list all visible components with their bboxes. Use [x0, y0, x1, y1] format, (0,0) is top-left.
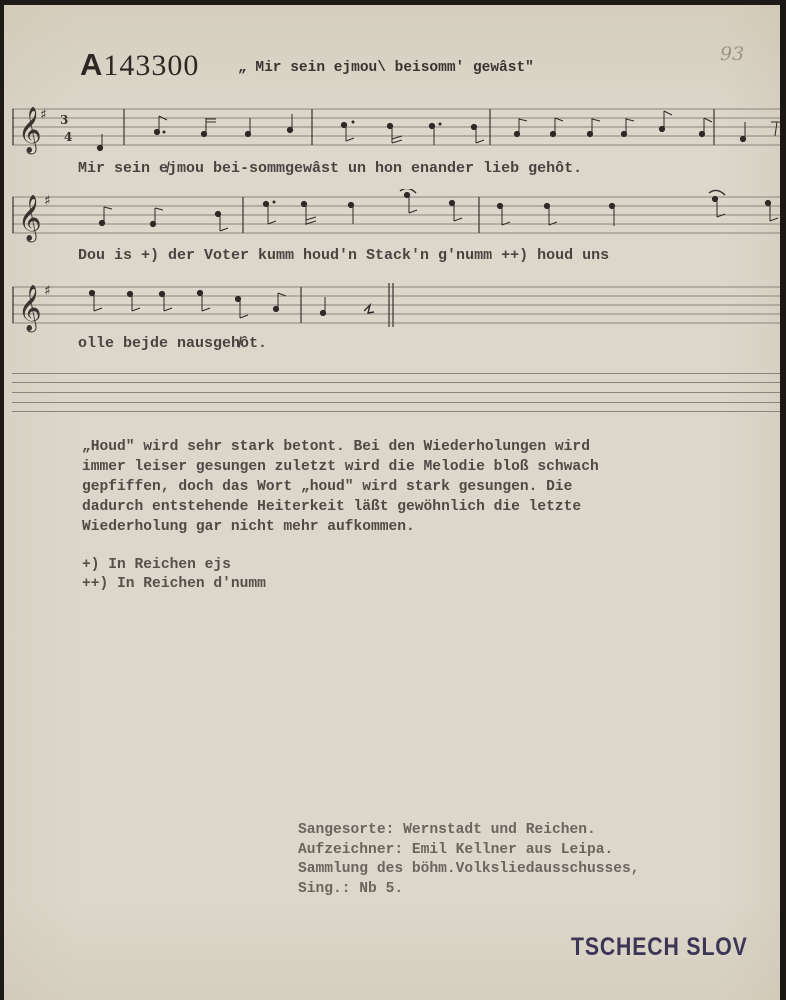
scan-edge — [780, 0, 786, 1000]
treble-clef-icon: 𝄞 — [18, 107, 42, 155]
treble-clef-icon: 𝄞 — [18, 285, 42, 333]
lyric-line-2: Dou is +) der Voter kumm houd'n Stack'n … — [78, 247, 609, 264]
handwritten-page-number: 93 — [720, 43, 744, 65]
catalog-digits: 143300 — [103, 49, 199, 82]
note-line: Wiederholung gar nicht mehr aufkommen. — [82, 517, 782, 537]
music-staff-3: 𝄞 ♯ — [12, 279, 784, 339]
footnote: +) In Reichen ejs — [82, 556, 266, 575]
catalog-letter: A — [80, 47, 103, 82]
music-staff-2: 𝄞 ♯ — [12, 189, 784, 249]
treble-clef-icon: 𝄞 — [18, 195, 42, 243]
metadata-line: Sammlung des böhm.Volksliedausschusses, — [298, 860, 640, 880]
note-line: „Houd" wird sehr stark betont. Bei den W… — [82, 437, 782, 457]
svg-text:3: 3 — [60, 113, 68, 127]
source-metadata: Sangesorte: Wernstadt und Reichen. Aufze… — [298, 821, 640, 899]
metadata-line: Sangesorte: Wernstadt und Reichen. — [298, 821, 640, 841]
blank-staff — [12, 373, 784, 413]
footnote: ++) In Reichen d'numm — [82, 575, 266, 594]
svg-text:4: 4 — [64, 130, 72, 144]
song-title: „ Mir sein ejmou\ beisomm' gewâst" — [238, 60, 534, 76]
footnotes: +) In Reichen ejs ++) In Reichen d'numm — [82, 556, 266, 594]
note-line: immer leiser gesungen zuletzt wird die M… — [82, 457, 782, 477]
sharp-icon: ♯ — [40, 107, 47, 123]
sharp-icon: ♯ — [44, 193, 51, 209]
sharp-icon: ♯ — [44, 283, 51, 299]
lyric-line-1: Mir sein e̸jmou bei-sommgewâst un hon en… — [78, 160, 582, 177]
note-line: gepfiffen, doch das Wort „houd" wird sta… — [82, 477, 782, 497]
metadata-line: Aufzeichner: Emil Kellner aus Leipa. — [298, 841, 640, 861]
metadata-line: Sing.: Nb 5. — [298, 880, 640, 900]
country-stamp: TSCHECH SLOV — [571, 933, 748, 962]
lyric-line-3: olle bejde nausgeh̸ôt. — [78, 335, 267, 352]
note-line: dadurch entstehende Heiterkeit läßt gewö… — [82, 497, 782, 517]
song-card: A143300 „ Mir sein ejmou\ beisomm' gewâs… — [4, 5, 780, 1000]
performance-notes: „Houd" wird sehr stark betont. Bei den W… — [82, 437, 782, 537]
catalog-number: A143300 — [80, 47, 199, 83]
music-staff-1: 𝄞 ♯ 3 4 — [12, 101, 784, 161]
